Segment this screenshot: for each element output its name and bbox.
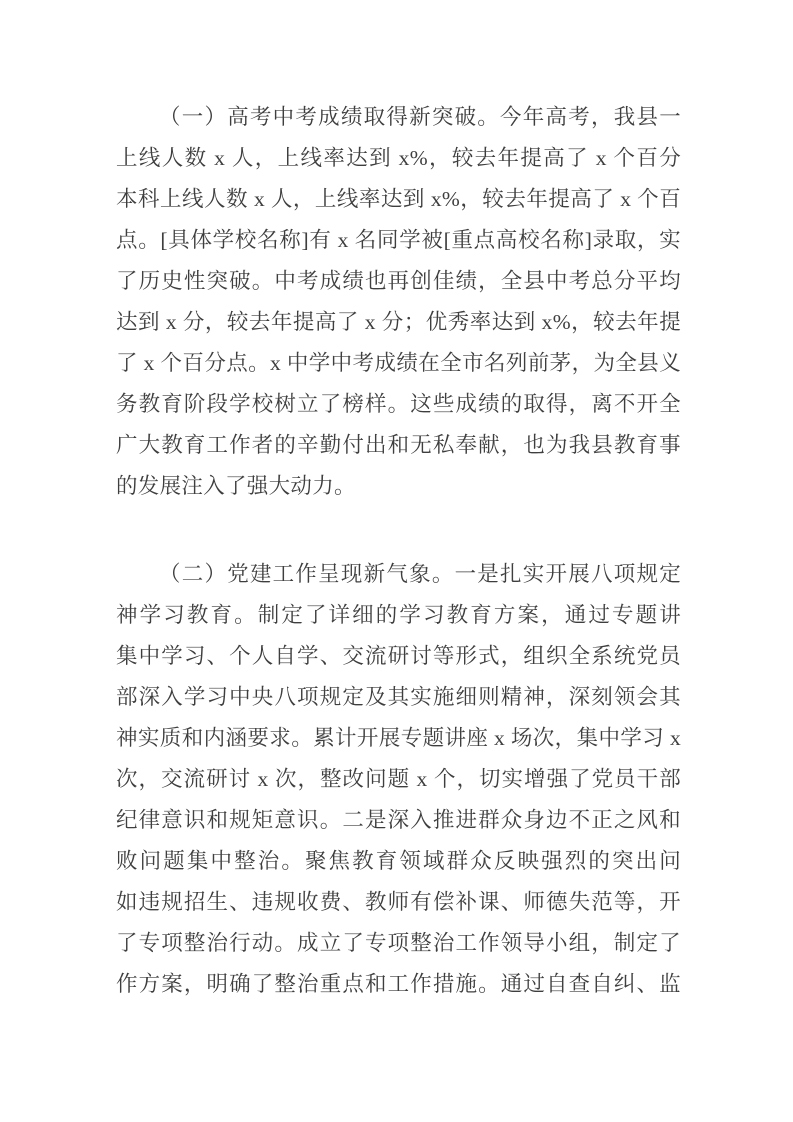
text-line: 了 x 个百分点。x 中学中考成绩在全市名列前茅，为全县义	[116, 343, 681, 384]
paragraph-section-1: （一）高考中考成绩取得新突破。今年高考，我县一本 上线人数 x 人，上线率达到 …	[116, 97, 681, 507]
text-line: 次，交流研讨 x 次，整改问题 x 个，切实增强了党员干部的	[116, 759, 681, 800]
text-line: 广大教育工作者的辛勤付出和无私奉献，也为我县教育事业	[116, 425, 681, 466]
text-line: 如违规招生、违规收费、教师有偿补课、师德失范等，开展	[116, 882, 681, 923]
text-line: （一）高考中考成绩取得新突破。今年高考，我县一本	[116, 97, 681, 138]
text-line: 纪律意识和规矩意识。二是深入推进群众身边不正之风和腐	[116, 800, 681, 841]
text-line: 了专项整治行动。成立了专项整治工作领导小组，制定了工	[116, 923, 681, 964]
text-line: 点。[具体学校名称]有 x 名同学被[重点高校名称]录取，实现	[116, 220, 681, 261]
document-page: { "page": { "background_color": "#ffffff…	[0, 0, 793, 1122]
document-body-text: （一）高考中考成绩取得新突破。今年高考，我县一本 上线人数 x 人，上线率达到 …	[116, 97, 681, 1005]
text-line: 神实质和内涵要求。累计开展专题讲座 x 场次，集中学习 x	[116, 718, 681, 759]
text-line: 上线人数 x 人，上线率达到 x%，较去年提高了 x 个百分点；	[116, 138, 681, 179]
text-line: 达到 x 分，较去年提高了 x 分；优秀率达到 x%，较去年提高	[116, 302, 681, 343]
text-line: （二）党建工作呈现新气象。一是扎实开展八项规定精	[116, 554, 681, 595]
text-line: 败问题集中整治。聚焦教育领域群众反映强烈的突出问题，	[116, 841, 681, 882]
text-line: 神学习教育。制定了详细的学习教育方案，通过专题讲座、	[116, 595, 681, 636]
text-line: 作方案，明确了整治重点和工作措施。通过自查自纠、监督	[116, 964, 681, 1005]
page-canvas: （一）高考中考成绩取得新突破。今年高考，我县一本 上线人数 x 人，上线率达到 …	[0, 0, 793, 1122]
text-line: 部深入学习中央八项规定及其实施细则精神，深刻领会其精	[116, 677, 681, 718]
text-line: 了历史性突破。中考成绩也再创佳绩，全县中考总分平均分	[116, 261, 681, 302]
paragraph-section-2: （二）党建工作呈现新气象。一是扎实开展八项规定精 神学习教育。制定了详细的学习教…	[116, 554, 681, 1005]
text-line: 务教育阶段学校树立了榜样。这些成绩的取得，离不开全县	[116, 384, 681, 425]
text-line: 的发展注入了强大动力。	[116, 466, 681, 507]
text-line: 本科上线人数 x 人，上线率达到 x%，较去年提高了 x 个百分	[116, 179, 681, 220]
text-line: 集中学习、个人自学、交流研讨等形式，组织全系统党员干	[116, 636, 681, 677]
